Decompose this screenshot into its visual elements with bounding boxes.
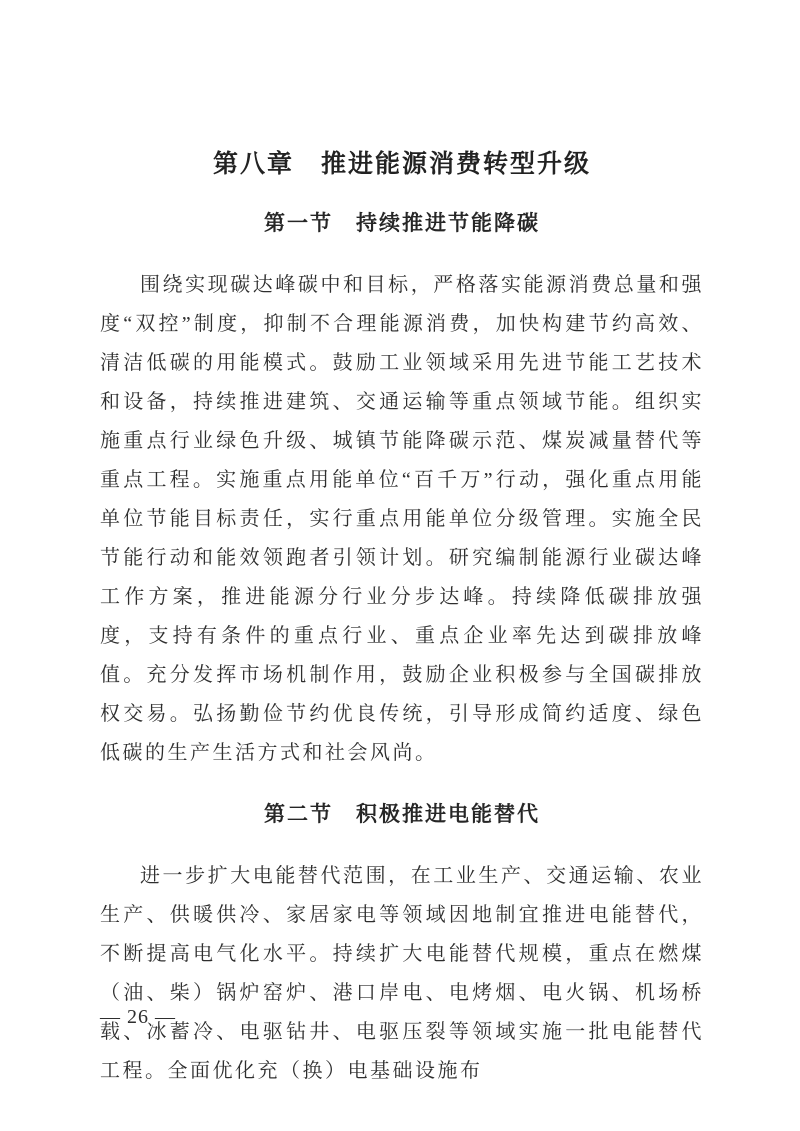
section-1-title: 第一节 持续推进节能降碳 xyxy=(100,208,704,238)
section-2-paragraph: 进一步扩大电能替代范围，在工业生产、交通运输、农业生产、供暖供冷、家居家电等领域… xyxy=(100,857,704,1091)
document-page: 第八章 推进能源消费转型升级 第一节 持续推进节能降碳 围绕实现碳达峰碳中和目标… xyxy=(0,0,800,1131)
chapter-title: 第八章 推进能源消费转型升级 xyxy=(100,146,704,182)
section-electric-substitution: 第二节 积极推进电能替代 进一步扩大电能替代范围，在工业生产、交通运输、农业生产… xyxy=(100,799,704,1091)
page-number: — 26 — xyxy=(100,1002,176,1032)
section-2-title: 第二节 积极推进电能替代 xyxy=(100,799,704,829)
section-1-paragraph: 围绕实现碳达峰碳中和目标，严格落实能源消费总量和强度“双控”制度，抑制不合理能源… xyxy=(100,266,704,773)
section-energy-saving: 第一节 持续推进节能降碳 围绕实现碳达峰碳中和目标，严格落实能源消费总量和强度“… xyxy=(100,208,704,773)
